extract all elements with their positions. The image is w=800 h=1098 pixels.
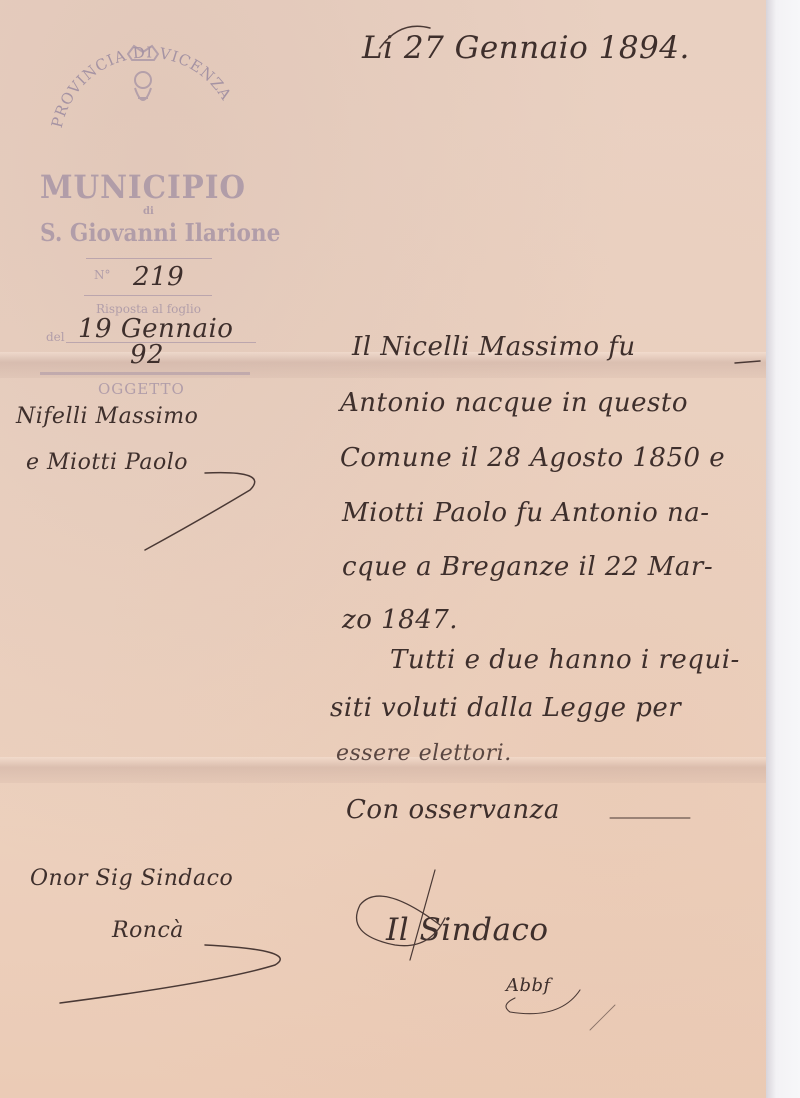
body-line-4: Miotti Paolo fu Antonio na- (342, 498, 710, 528)
stamp-office: MUNICIPIO (40, 168, 246, 206)
body-line-2: Antonio nacque in questo (340, 388, 688, 418)
signature-title: Il Sindaco (386, 912, 548, 948)
letter-page: PROVINCIA DI VICENZA MUNICIPIO di S. Gio… (0, 0, 766, 1098)
stamp-rule-thick (40, 372, 250, 375)
stamp-rule (86, 258, 212, 259)
stamp-town: S. Giovanni Ilarione (40, 218, 280, 247)
addressee-line-1: Onor Sig Sindaco (30, 866, 233, 891)
body-line-9: essere elettori. (336, 741, 512, 766)
stamp-number-label: N° (94, 268, 111, 282)
province-arc-text: PROVINCIA DI VICENZA (40, 40, 250, 150)
scan-margin (766, 0, 800, 1098)
body-line-3: Comune il 28 Agosto 1850 e (340, 443, 725, 473)
body-line-6: zo 1847. (342, 605, 458, 635)
svg-text:PROVINCIA DI VICENZA: PROVINCIA DI VICENZA (48, 43, 236, 129)
stamp-date-label: del (46, 330, 65, 344)
stamp-di: di (143, 206, 154, 217)
letter-date: Li 27 Gennaio 1894. (362, 30, 690, 66)
body-line-8: siti voluti dalla Legge per (330, 693, 681, 723)
addressee-line-2: Roncà (112, 918, 184, 943)
subject-line-2: e Miotti Paolo (26, 450, 188, 475)
body-line-5: cque a Breganze il 22 Mar- (342, 552, 713, 582)
body-line-7: Tutti e due hanno i requi- (390, 645, 740, 675)
stamp-subject-label: OGGETTO (98, 380, 185, 398)
protocol-number: 219 (133, 262, 184, 292)
subject-line-1: Nifelli Massimo (16, 404, 198, 429)
body-line-1: Il Nicelli Massimo fu (352, 332, 636, 362)
closing-salutation: Con osservanza (346, 795, 560, 825)
signature-initials: Abbf (506, 975, 551, 996)
reply-year: 92 (130, 340, 164, 370)
stamp-rule (84, 295, 212, 296)
